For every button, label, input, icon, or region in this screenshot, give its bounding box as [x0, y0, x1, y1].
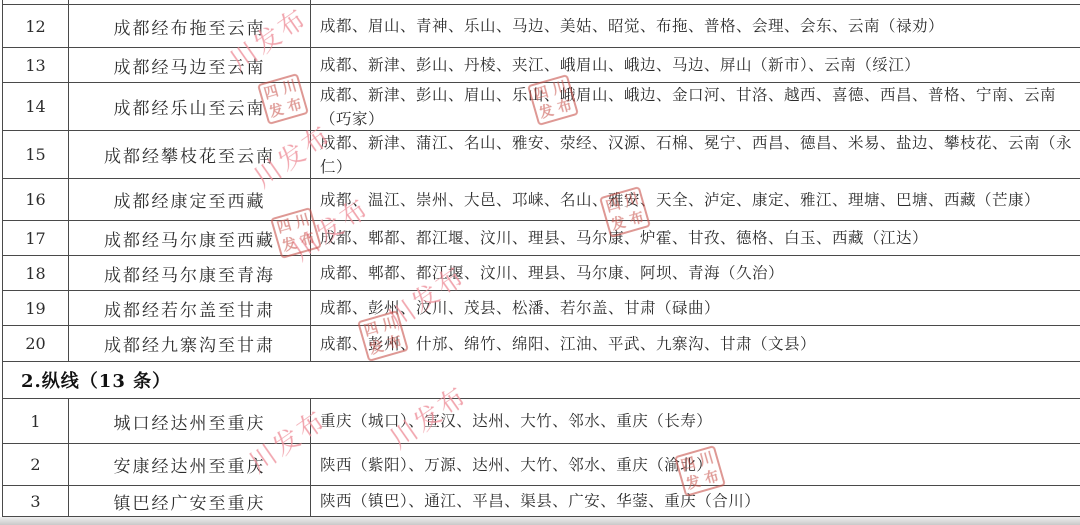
route-stations-text: 成都、郫都、都江堰、汶川、理县、马尔康、炉霍、甘孜、德格、白玉、西藏（江达）	[320, 226, 928, 250]
route-stations-cell: 成都、新津、蒲江、名山、雅安、荥经、汉源、石棉、冕宁、西昌、德昌、米易、盐边、攀…	[311, 131, 1080, 178]
route-stations-cell	[311, 0, 1080, 4]
document-page: 12成都经布拖至云南成都、眉山、青神、乐山、马边、美姑、昭觉、布拖、普格、会理、…	[0, 0, 1080, 525]
table-row: 13成都经马边至云南成都、新津、彭山、丹棱、夹江、峨眉山、峨边、马边、屏山（新市…	[3, 48, 1080, 83]
route-name-cell: 城口经达州至重庆	[69, 399, 311, 443]
table-row: 15成都经攀枝花至云南成都、新津、蒲江、名山、雅安、荥经、汉源、石棉、冕宁、西昌…	[3, 131, 1080, 179]
route-stations-cell: 陕西（紫阳）、万源、达州、大竹、邻水、重庆（渝北）	[311, 444, 1080, 485]
route-name-cell: 镇巴经广安至重庆	[69, 486, 311, 516]
table-row: 14成都经乐山至云南成都、新津、彭山、眉山、乐山、峨眉山、峨边、金口河、甘洛、越…	[3, 83, 1080, 131]
route-number-cell: 12	[3, 5, 69, 47]
route-stations-text: 成都、新津、彭山、眉山、乐山、峨眉山、峨边、金口河、甘洛、越西、喜德、西昌、普格…	[320, 83, 1074, 130]
route-stations-cell: 成都、眉山、青神、乐山、马边、美姑、昭觉、布拖、普格、会理、会东、云南（禄劝）	[311, 5, 1080, 47]
table-row: 20成都经九寨沟至甘肃成都、彭州、什邡、绵竹、绵阳、江油、平武、九寨沟、甘肃（文…	[3, 326, 1080, 362]
route-stations-text: 成都、郫都、都江堰、汶川、理县、马尔康、阿坝、青海（久治）	[320, 261, 784, 285]
route-number-cell: 16	[3, 179, 69, 220]
table-row: 2安康经达州至重庆陕西（紫阳）、万源、达州、大竹、邻水、重庆（渝北）	[3, 444, 1080, 486]
route-stations-cell: 重庆（城口）、宣汉、达州、大竹、邻水、重庆（长寿）	[311, 399, 1080, 443]
route-name-cell: 安康经达州至重庆	[69, 444, 311, 485]
table-row: 12成都经布拖至云南成都、眉山、青神、乐山、马边、美姑、昭觉、布拖、普格、会理、…	[3, 5, 1080, 48]
route-number-cell: 1	[3, 399, 69, 443]
route-stations-text: 成都、温江、崇州、大邑、邛崃、名山、雅安、天全、泸定、康定、雅江、理塘、巴塘、西…	[320, 188, 1040, 212]
route-stations-text: 重庆（城口）、宣汉、达州、大竹、邻水、重庆（长寿）	[320, 409, 712, 433]
route-stations-text: 成都、彭州、什邡、绵竹、绵阳、江油、平武、九寨沟、甘肃（文县）	[320, 332, 816, 356]
table-row: 1城口经达州至重庆重庆（城口）、宣汉、达州、大竹、邻水、重庆（长寿）	[3, 399, 1080, 444]
route-number-cell: 3	[3, 486, 69, 516]
route-number-cell	[3, 0, 69, 4]
route-name-cell: 成都经康定至西藏	[69, 179, 311, 220]
route-number-cell: 17	[3, 221, 69, 255]
route-name-cell: 成都经攀枝花至云南	[69, 131, 311, 178]
section-header: 2.纵线（13 条）	[3, 362, 1080, 399]
route-name-cell: 成都经九寨沟至甘肃	[69, 326, 311, 361]
table-row: 17成都经马尔康至西藏成都、郫都、都江堰、汶川、理县、马尔康、炉霍、甘孜、德格、…	[3, 221, 1080, 256]
route-name-cell	[69, 0, 311, 4]
route-name-cell: 成都经马边至云南	[69, 48, 311, 82]
route-number-cell: 2	[3, 444, 69, 485]
route-name-cell: 成都经马尔康至青海	[69, 256, 311, 290]
route-stations-cell: 成都、新津、彭山、丹棱、夹江、峨眉山、峨边、马边、屏山（新市）、云南（绥江）	[311, 48, 1080, 82]
table-row: 19成都经若尔盖至甘肃成都、彭州、汶川、茂县、松潘、若尔盖、甘肃（碌曲）	[3, 291, 1080, 326]
route-stations-cell: 成都、新津、彭山、眉山、乐山、峨眉山、峨边、金口河、甘洛、越西、喜德、西昌、普格…	[311, 83, 1080, 130]
route-name-cell: 成都经马尔康至西藏	[69, 221, 311, 255]
table-row: 18成都经马尔康至青海成都、郫都、都江堰、汶川、理县、马尔康、阿坝、青海（久治）	[3, 256, 1080, 291]
route-stations-text: 成都、新津、彭山、丹棱、夹江、峨眉山、峨边、马边、屏山（新市）、云南（绥江）	[320, 53, 920, 77]
route-stations-text: 成都、新津、蒲江、名山、雅安、荥经、汉源、石棉、冕宁、西昌、德昌、米易、盐边、攀…	[320, 131, 1074, 178]
route-name-cell: 成都经布拖至云南	[69, 5, 311, 47]
routes-table: 12成都经布拖至云南成都、眉山、青神、乐山、马边、美姑、昭觉、布拖、普格、会理、…	[2, 0, 1080, 517]
table-row: 16成都经康定至西藏成都、温江、崇州、大邑、邛崃、名山、雅安、天全、泸定、康定、…	[3, 179, 1080, 221]
route-stations-text: 成都、彭州、汶川、茂县、松潘、若尔盖、甘肃（碌曲）	[320, 296, 720, 320]
route-number-cell: 13	[3, 48, 69, 82]
route-stations-text: 陕西（镇巴）、通江、平昌、渠县、广安、华蓥、重庆（合川）	[320, 489, 760, 513]
route-number-cell: 20	[3, 326, 69, 361]
route-stations-cell: 成都、彭州、什邡、绵竹、绵阳、江油、平武、九寨沟、甘肃（文县）	[311, 326, 1080, 361]
route-stations-text: 陕西（紫阳）、万源、达州、大竹、邻水、重庆（渝北）	[320, 453, 712, 477]
route-number-cell: 15	[3, 131, 69, 178]
table-row: 3镇巴经广安至重庆陕西（镇巴）、通江、平昌、渠县、广安、华蓥、重庆（合川）	[3, 486, 1080, 517]
route-number-cell: 18	[3, 256, 69, 290]
route-stations-cell: 成都、温江、崇州、大邑、邛崃、名山、雅安、天全、泸定、康定、雅江、理塘、巴塘、西…	[311, 179, 1080, 220]
route-number-cell: 14	[3, 83, 69, 130]
route-stations-text: 成都、眉山、青神、乐山、马边、美姑、昭觉、布拖、普格、会理、会东、云南（禄劝）	[320, 14, 944, 38]
route-stations-cell: 成都、彭州、汶川、茂县、松潘、若尔盖、甘肃（碌曲）	[311, 291, 1080, 325]
route-stations-cell: 成都、郫都、都江堰、汶川、理县、马尔康、阿坝、青海（久治）	[311, 256, 1080, 290]
route-name-cell: 成都经若尔盖至甘肃	[69, 291, 311, 325]
route-number-cell: 19	[3, 291, 69, 325]
route-name-cell: 成都经乐山至云南	[69, 83, 311, 130]
route-stations-cell: 陕西（镇巴）、通江、平昌、渠县、广安、华蓥、重庆（合川）	[311, 486, 1080, 516]
route-stations-cell: 成都、郫都、都江堰、汶川、理县、马尔康、炉霍、甘孜、德格、白玉、西藏（江达）	[311, 221, 1080, 255]
page-bottom-edge	[0, 517, 1080, 525]
